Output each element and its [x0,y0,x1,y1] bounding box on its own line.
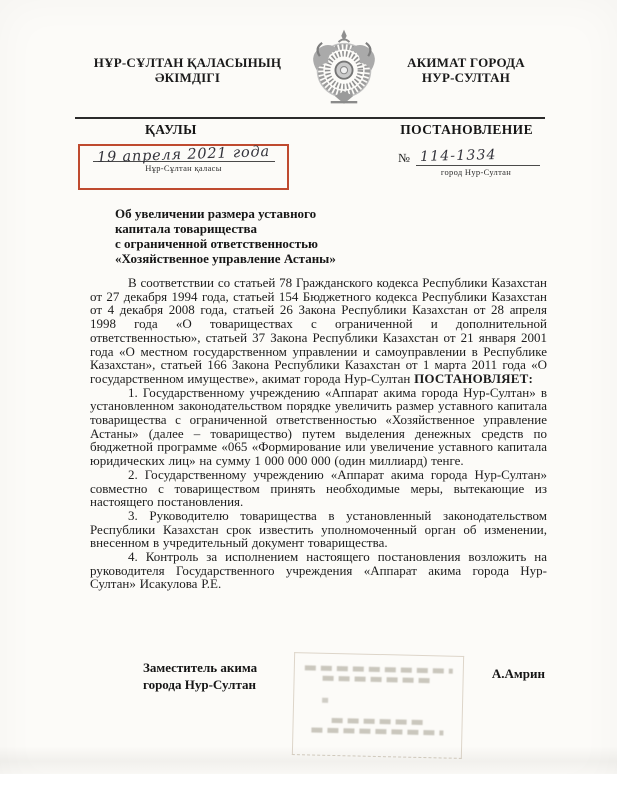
org-name-russian-line2: НУР-СУЛТАН [387,70,545,86]
stamp-mark [322,698,328,703]
date-highlight-box: 19 апреля 2021 года Нұр-Сұлтан қаласы [78,144,289,190]
preamble-text: В соответствии со статьей 78 Гражданског… [90,275,547,386]
handwritten-number: 114-1334 [416,147,497,165]
org-name-kazakh-line2: ӘКІМДІГІ [75,70,300,86]
resolution-point-3: 3. Руководителю товарищества в установле… [90,509,547,550]
scanned-decree-page: НҰР-СҰЛТАН ҚАЛАСЫНЫҢ ӘКІМДІГІ АКИМА [0,0,617,800]
resolution-point-1: 1. Государственному учреждению «Аппарат … [90,386,547,468]
preamble-paragraph: В соответствии со статьей 78 Гражданског… [90,276,547,386]
signer-position-line2: города Нур-Султан [143,677,257,694]
doc-type-kazakh: ҚАУЛЫ [145,122,197,138]
signature-block: Заместитель акима города Нур-Султан А.Ам… [143,660,545,693]
resolution-point-2: 2. Государственному учреждению «Аппарат … [90,468,547,509]
letterhead: НҰР-СҰЛТАН ҚАЛАСЫНЫҢ ӘКІМДІГІ АКИМА [75,33,545,107]
kazakhstan-coat-of-arms-icon [305,28,383,110]
document-body: В соответствии со статьей 78 Гражданског… [90,276,547,591]
stamp-illegible-text-line [332,718,424,725]
stamp-illegible-text-line [311,727,443,735]
signer-name: А.Амрин [492,660,545,682]
org-name-kazakh-line1: НҰР-СҰЛТАН ҚАЛАСЫНЫҢ [75,55,300,71]
signer-position-line1: Заместитель акима [143,660,257,677]
document-title: Об увеличении размера уставного капитала… [115,206,415,266]
number-sign: № [398,151,416,166]
title-line: Об увеличении размера уставного [115,206,415,221]
org-name-kazakh: НҰР-СҰЛТАН ҚАЛАСЫНЫҢ ӘКІМДІГІ [75,55,300,86]
number-place-label: город Нур-Султан [398,167,540,177]
title-line: «Хозяйственное управление Астаны» [115,251,415,266]
resolution-point-4: 4. Контроль за исполнением настоящего по… [90,550,547,591]
header-divider [75,117,545,119]
title-line: с ограниченной ответственностью [115,236,415,251]
scan-bottom-margin [0,774,617,800]
org-name-russian: АКИМАТ ГОРОДА НУР-СУЛТАН [387,55,545,86]
number-underline: 114-1334 [416,147,540,166]
document-number-block: № 114-1334 город Нур-Султан [398,147,540,177]
title-line: капитала товарищества [115,221,415,236]
handwritten-date: 19 апреля 2021 года [97,144,270,166]
doc-type-russian: ПОСТАНОВЛЕНИЕ [400,122,533,138]
resolves-keyword: ПОСТАНОВЛЯЕТ: [414,371,533,386]
org-name-russian-line1: АКИМАТ ГОРОДА [387,55,545,71]
signer-position: Заместитель акима города Нур-Султан [143,660,257,693]
